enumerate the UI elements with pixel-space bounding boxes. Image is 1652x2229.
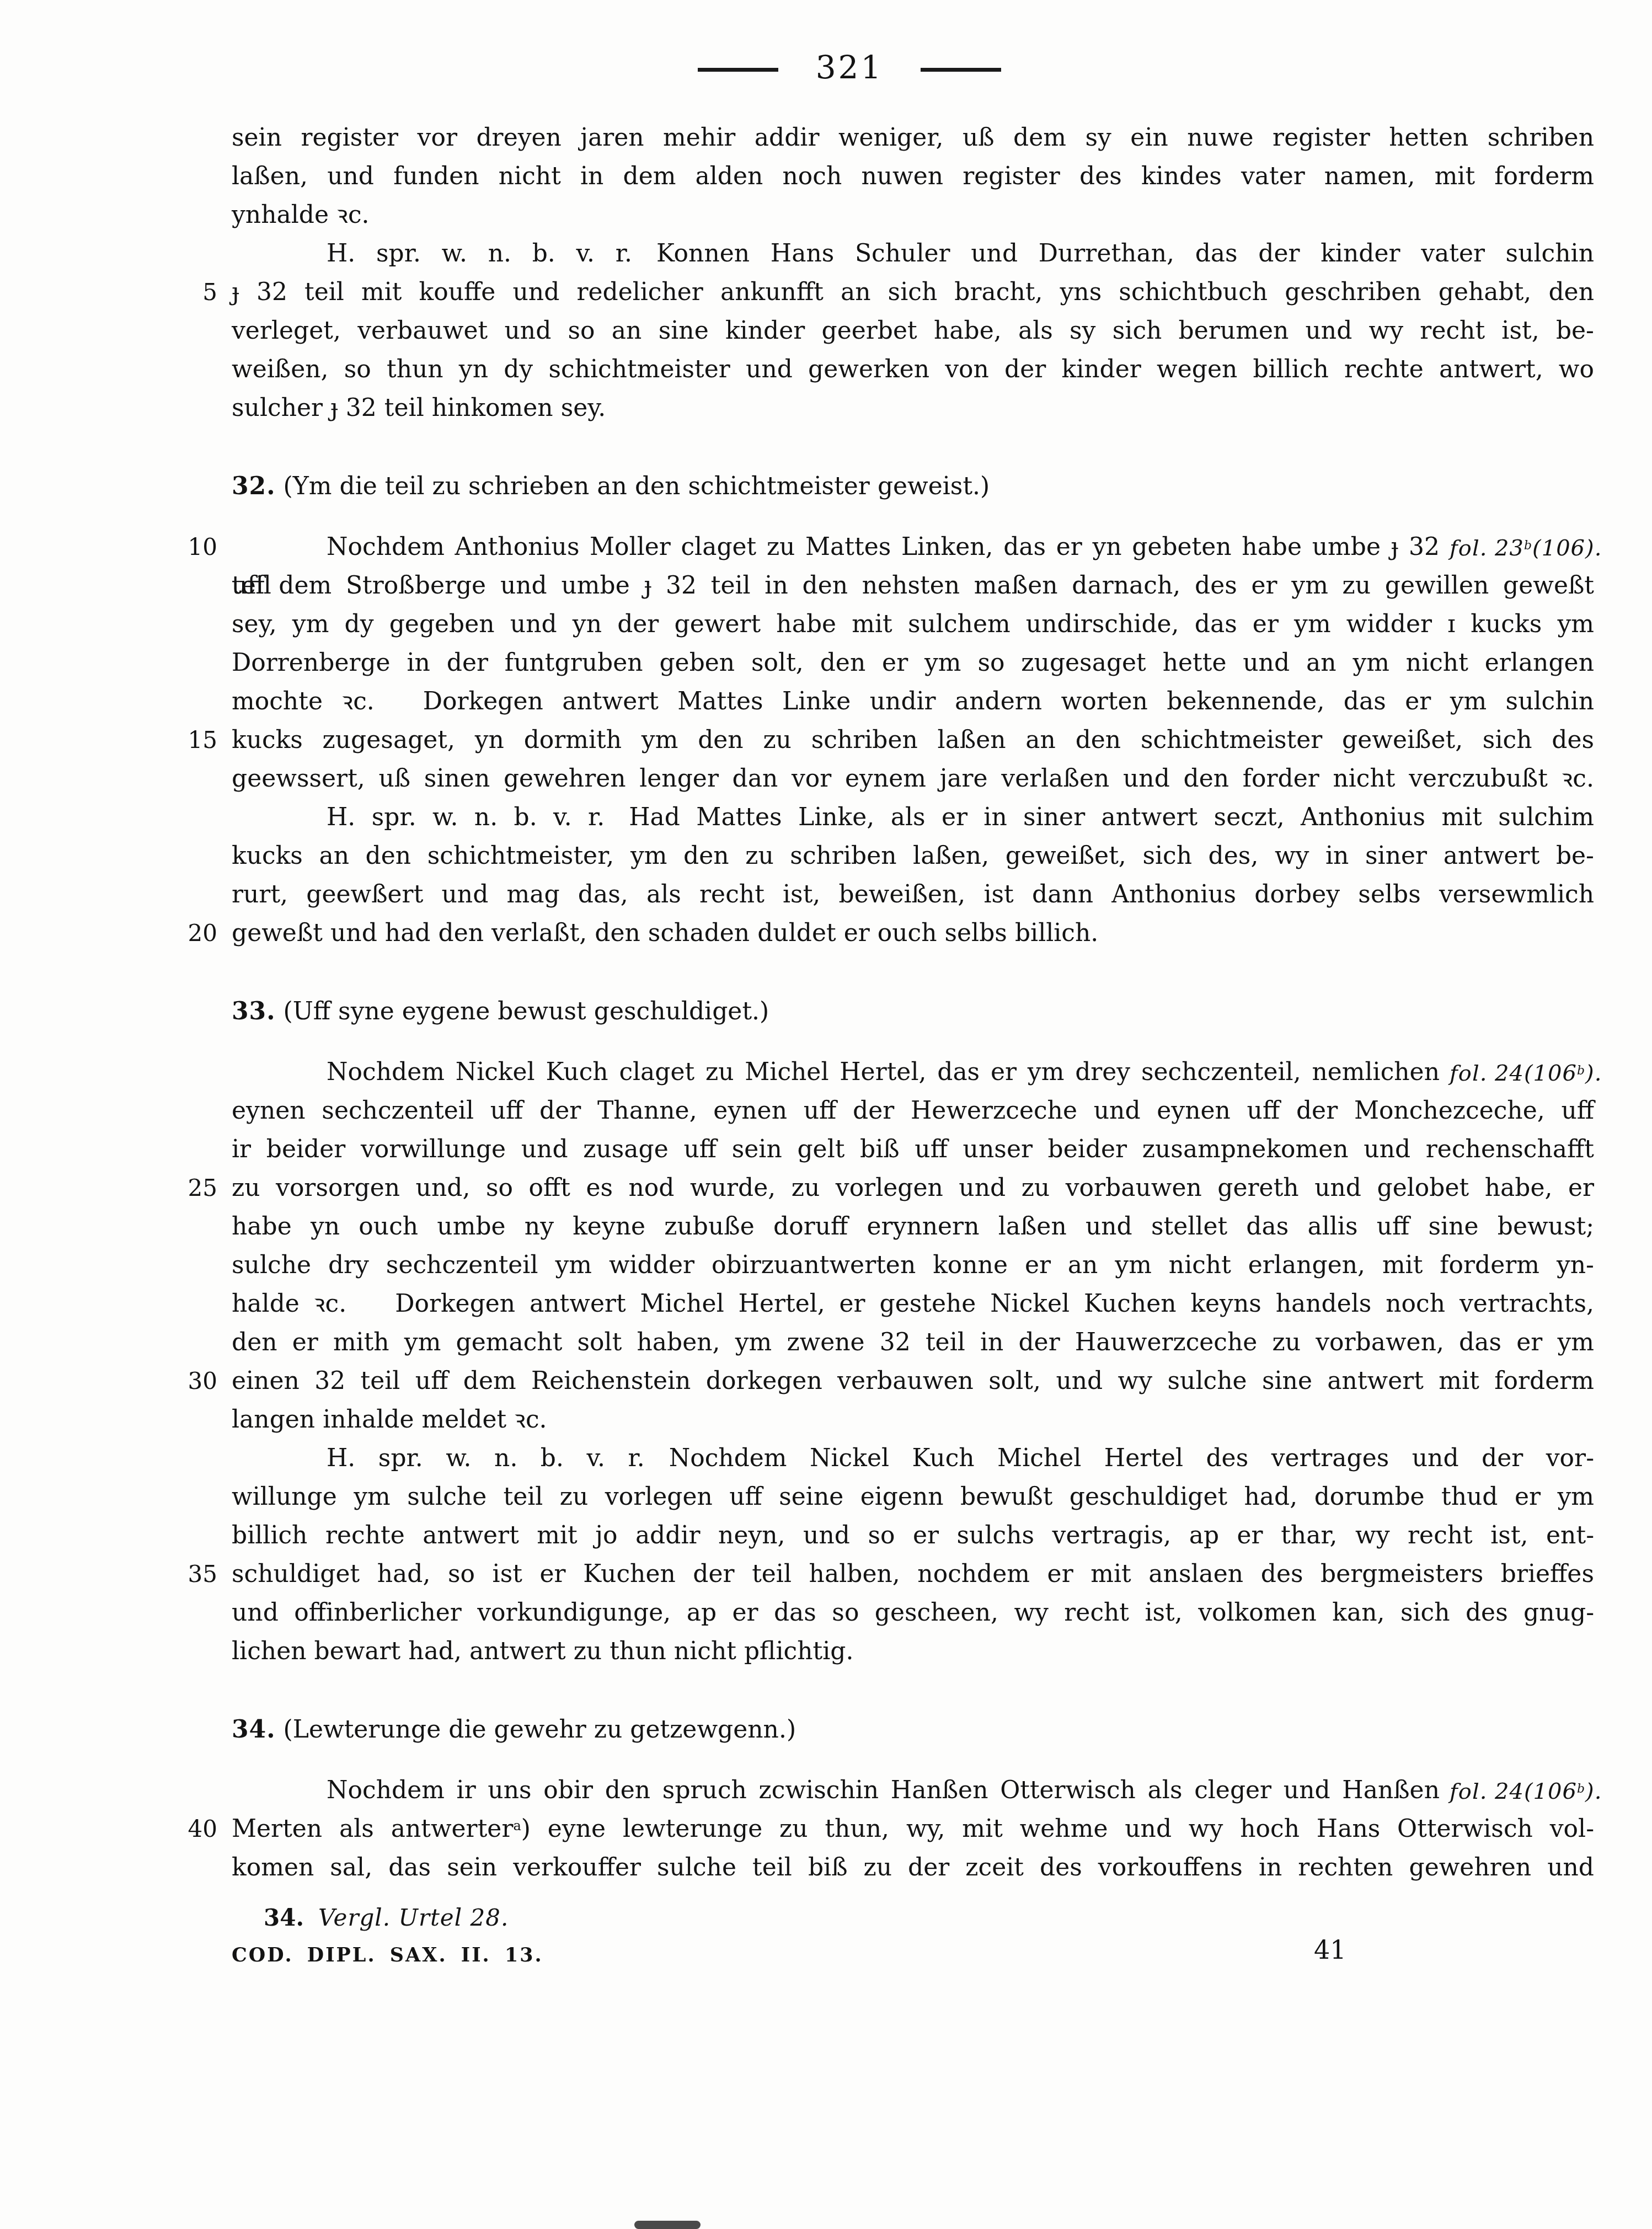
- line-text: eynen sechczenteil uff der Thanne, eynen…: [232, 1092, 1594, 1130]
- line-text: willunge ym sulche teil zu vorlegen uff …: [232, 1478, 1594, 1516]
- line-number: 5: [178, 273, 217, 312]
- heading-title: (Lewterunge die gewehr zu getzewgenn.): [284, 1715, 796, 1744]
- text-line: sulche dry sechczenteil ym widder obirzu…: [232, 1246, 1594, 1285]
- text-line: verleget, verbauwet und so an sine kinde…: [232, 312, 1594, 350]
- text-line: habe yn ouch umbe ny keyne zubuße doruff…: [232, 1207, 1594, 1246]
- heading-title: (Ym die teil zu schrieben an den schicht…: [284, 472, 990, 500]
- section-heading: 33. (Uff syne eygene bewust geschuldiget…: [232, 992, 1594, 1031]
- line-text: Merten als antwertera) eyne lewterunge z…: [232, 1810, 1594, 1848]
- text-line: H. spr. w. n. b. v. r. Nochdem Nickel Ku…: [232, 1439, 1594, 1478]
- text-line: ynhalde ꝛc.: [232, 196, 1594, 234]
- heading-title: (Uff syne eygene bewust geschuldiget.): [284, 997, 769, 1025]
- text-line: uff dem Stroßberge und umbe ɟ 32 teil in…: [232, 566, 1594, 605]
- line-text: rurt, geewßert und mag das, als recht is…: [232, 875, 1594, 914]
- text-line: und offinberlicher vorkundigunge, ap er …: [232, 1594, 1594, 1632]
- footer-signature: COD. DIPL. SAX. II. 13.: [232, 1944, 543, 1966]
- line-number: 25: [178, 1169, 217, 1207]
- line-text: sein register vor dreyen jaren mehir add…: [232, 119, 1594, 157]
- heading-text: 33. (Uff syne eygene bewust geschuldiget…: [232, 992, 1594, 1031]
- line-text: geewssert, uß sinen gewehren lenger dan …: [232, 760, 1594, 798]
- text-line: 30einen 32 teil uff dem Reichenstein dor…: [232, 1362, 1594, 1401]
- text-line: rurt, geewßert und mag das, als recht is…: [232, 875, 1594, 914]
- text-line: 20geweßt und had den verlaßt, den schade…: [232, 914, 1594, 953]
- text-line: kucks an den schichtmeister, ym den zu s…: [232, 837, 1594, 875]
- line-text: halde ꝛc. Dorkegen antwert Michel Hertel…: [232, 1285, 1594, 1323]
- line-text: verleget, verbauwet und so an sine kinde…: [232, 312, 1594, 350]
- line-text: den er mith ym gemacht solt haben, ym zw…: [232, 1323, 1594, 1362]
- line-text: sey, ym dy gegeben und yn der gewert hab…: [232, 605, 1594, 644]
- text-line: willunge ym sulche teil zu vorlegen uff …: [232, 1478, 1594, 1516]
- text-line: 25zu vorsorgen und, so offt es nod wurde…: [232, 1169, 1594, 1207]
- line-text: komen sal, das sein verkouffer sulche te…: [232, 1848, 1594, 1887]
- section-heading: 34. (Lewterunge die gewehr zu getzewgenn…: [232, 1710, 1594, 1749]
- heading-number: 34.: [232, 1715, 276, 1744]
- footnote-text: Vergl. Urtel 28.: [318, 1904, 509, 1931]
- margin-note: fol. 23b(106).: [1450, 529, 1652, 568]
- text-line: 35schuldiget had, so ist er Kuchen der t…: [232, 1555, 1594, 1594]
- text-column: sein register vor dreyen jaren mehir add…: [232, 119, 1594, 1887]
- heading-text: 32. (Ym die teil zu schrieben an den sch…: [232, 467, 1594, 506]
- heading-text: 34. (Lewterunge die gewehr zu getzewgenn…: [232, 1710, 1594, 1749]
- heading-number: 32.: [232, 472, 276, 500]
- text-line: H. spr. w. n. b. v. r. Konnen Hans Schul…: [232, 234, 1594, 273]
- text-line: weißen, so thun yn dy schichtmeister und…: [232, 350, 1594, 389]
- text-line: billich rechte antwert mit jo addir neyn…: [232, 1516, 1594, 1555]
- line-text: H. spr. w. n. b. v. r. Had Mattes Linke,…: [232, 798, 1594, 837]
- text-line: sein register vor dreyen jaren mehir add…: [232, 119, 1594, 157]
- line-text: zu vorsorgen und, so offt es nod wurde, …: [232, 1169, 1594, 1207]
- line-text: einen 32 teil uff dem Reichenstein dorke…: [232, 1362, 1594, 1401]
- text-line: Nochdem ir uns obir den spruch zcwischin…: [232, 1771, 1594, 1810]
- line-text: H. spr. w. n. b. v. r. Konnen Hans Schul…: [232, 234, 1594, 273]
- line-text: H. spr. w. n. b. v. r. Nochdem Nickel Ku…: [232, 1439, 1594, 1478]
- text-line: halde ꝛc. Dorkegen antwert Michel Hertel…: [232, 1285, 1594, 1323]
- text-line: sulcher ɟ 32 teil hinkomen sey.: [232, 389, 1594, 427]
- page-number: 321: [816, 49, 884, 86]
- line-text: langen inhalde meldet ꝛc.: [232, 1401, 1594, 1439]
- line-text: Dorrenberge in der funtgruben geben solt…: [232, 644, 1594, 682]
- line-text: sulche dry sechczenteil ym widder obirzu…: [232, 1246, 1594, 1285]
- text-line: geewssert, uß sinen gewehren lenger dan …: [232, 760, 1594, 798]
- line-text: weißen, so thun yn dy schichtmeister und…: [232, 350, 1594, 389]
- text-line: den er mith ym gemacht solt haben, ym zw…: [232, 1323, 1594, 1362]
- footnote: 34.Vergl. Urtel 28.: [264, 1904, 509, 1931]
- line-text: kucks an den schichtmeister, ym den zu s…: [232, 837, 1594, 875]
- line-number: 35: [178, 1555, 217, 1594]
- scan-smudge: [634, 2221, 701, 2229]
- text-line: laßen, und funden nicht in dem alden noc…: [232, 157, 1594, 196]
- line-text: schuldiget had, so ist er Kuchen der tei…: [232, 1555, 1594, 1594]
- line-text: ynhalde ꝛc.: [232, 196, 1594, 234]
- line-text: mochte ꝛc. Dorkegen antwert Mattes Linke…: [232, 682, 1594, 721]
- line-text: lichen bewart had, antwert zu thun nicht…: [232, 1632, 1594, 1671]
- line-number: 15: [178, 721, 217, 760]
- line-number: 20: [178, 914, 217, 953]
- header-rule-left: [698, 68, 778, 72]
- line-text: Nochdem Nickel Kuch claget zu Michel Her…: [232, 1053, 1440, 1092]
- text-line: 40Merten als antwertera) eyne lewterunge…: [232, 1810, 1594, 1848]
- text-line: ir beider vorwillunge und zusage uff sei…: [232, 1130, 1594, 1169]
- text-line: Dorrenberge in der funtgruben geben solt…: [232, 644, 1594, 682]
- margin-note: fol. 24(106b).: [1450, 1054, 1652, 1093]
- line-number: 30: [178, 1362, 217, 1401]
- line-text: ir beider vorwillunge und zusage uff sei…: [232, 1130, 1594, 1169]
- text-line: mochte ꝛc. Dorkegen antwert Mattes Linke…: [232, 682, 1594, 721]
- line-text: habe yn ouch umbe ny keyne zubuße doruff…: [232, 1207, 1594, 1246]
- sheet-number: 41: [1314, 1935, 1346, 1965]
- text-line: eynen sechczenteil uff der Thanne, eynen…: [232, 1092, 1594, 1130]
- book-page: 321 sein register vor dreyen jaren mehir…: [0, 0, 1652, 2229]
- line-text: sulcher ɟ 32 teil hinkomen sey.: [232, 389, 1594, 427]
- line-number: 40: [178, 1810, 217, 1848]
- line-text: ɟ 32 teil mit kouffe und redelicher anku…: [232, 273, 1594, 312]
- header-rule-right: [921, 68, 1001, 72]
- line-text: laßen, und funden nicht in dem alden noc…: [232, 157, 1594, 196]
- text-line: sey, ym dy gegeben und yn der gewert hab…: [232, 605, 1594, 644]
- line-text: und offinberlicher vorkundigunge, ap er …: [232, 1594, 1594, 1632]
- text-line: 10Nochdem Anthonius Moller claget zu Mat…: [232, 528, 1594, 566]
- footnote-number: 34.: [264, 1904, 304, 1931]
- text-line: 15kucks zugesaget, yn dormith ym den zu …: [232, 721, 1594, 760]
- text-line: langen inhalde meldet ꝛc.: [232, 1401, 1594, 1439]
- line-text: Nochdem ir uns obir den spruch zcwischin…: [232, 1771, 1440, 1810]
- line-text: uff dem Stroßberge und umbe ɟ 32 teil in…: [232, 566, 1594, 605]
- line-text: kucks zugesaget, yn dormith ym den zu sc…: [232, 721, 1594, 760]
- line-text: geweßt und had den verlaßt, den schaden …: [232, 914, 1594, 953]
- line-text: billich rechte antwert mit jo addir neyn…: [232, 1516, 1594, 1555]
- text-line: Nochdem Nickel Kuch claget zu Michel Her…: [232, 1053, 1594, 1092]
- page-header: 321: [681, 49, 1018, 86]
- section-heading: 32. (Ym die teil zu schrieben an den sch…: [232, 467, 1594, 506]
- heading-number: 33.: [232, 997, 276, 1025]
- text-line: 5ɟ 32 teil mit kouffe und redelicher ank…: [232, 273, 1594, 312]
- text-line: lichen bewart had, antwert zu thun nicht…: [232, 1632, 1594, 1671]
- text-line: H. spr. w. n. b. v. r. Had Mattes Linke,…: [232, 798, 1594, 837]
- line-number: 10: [178, 528, 217, 566]
- margin-note: fol. 24(106b).: [1450, 1772, 1652, 1811]
- text-line: komen sal, das sein verkouffer sulche te…: [232, 1848, 1594, 1887]
